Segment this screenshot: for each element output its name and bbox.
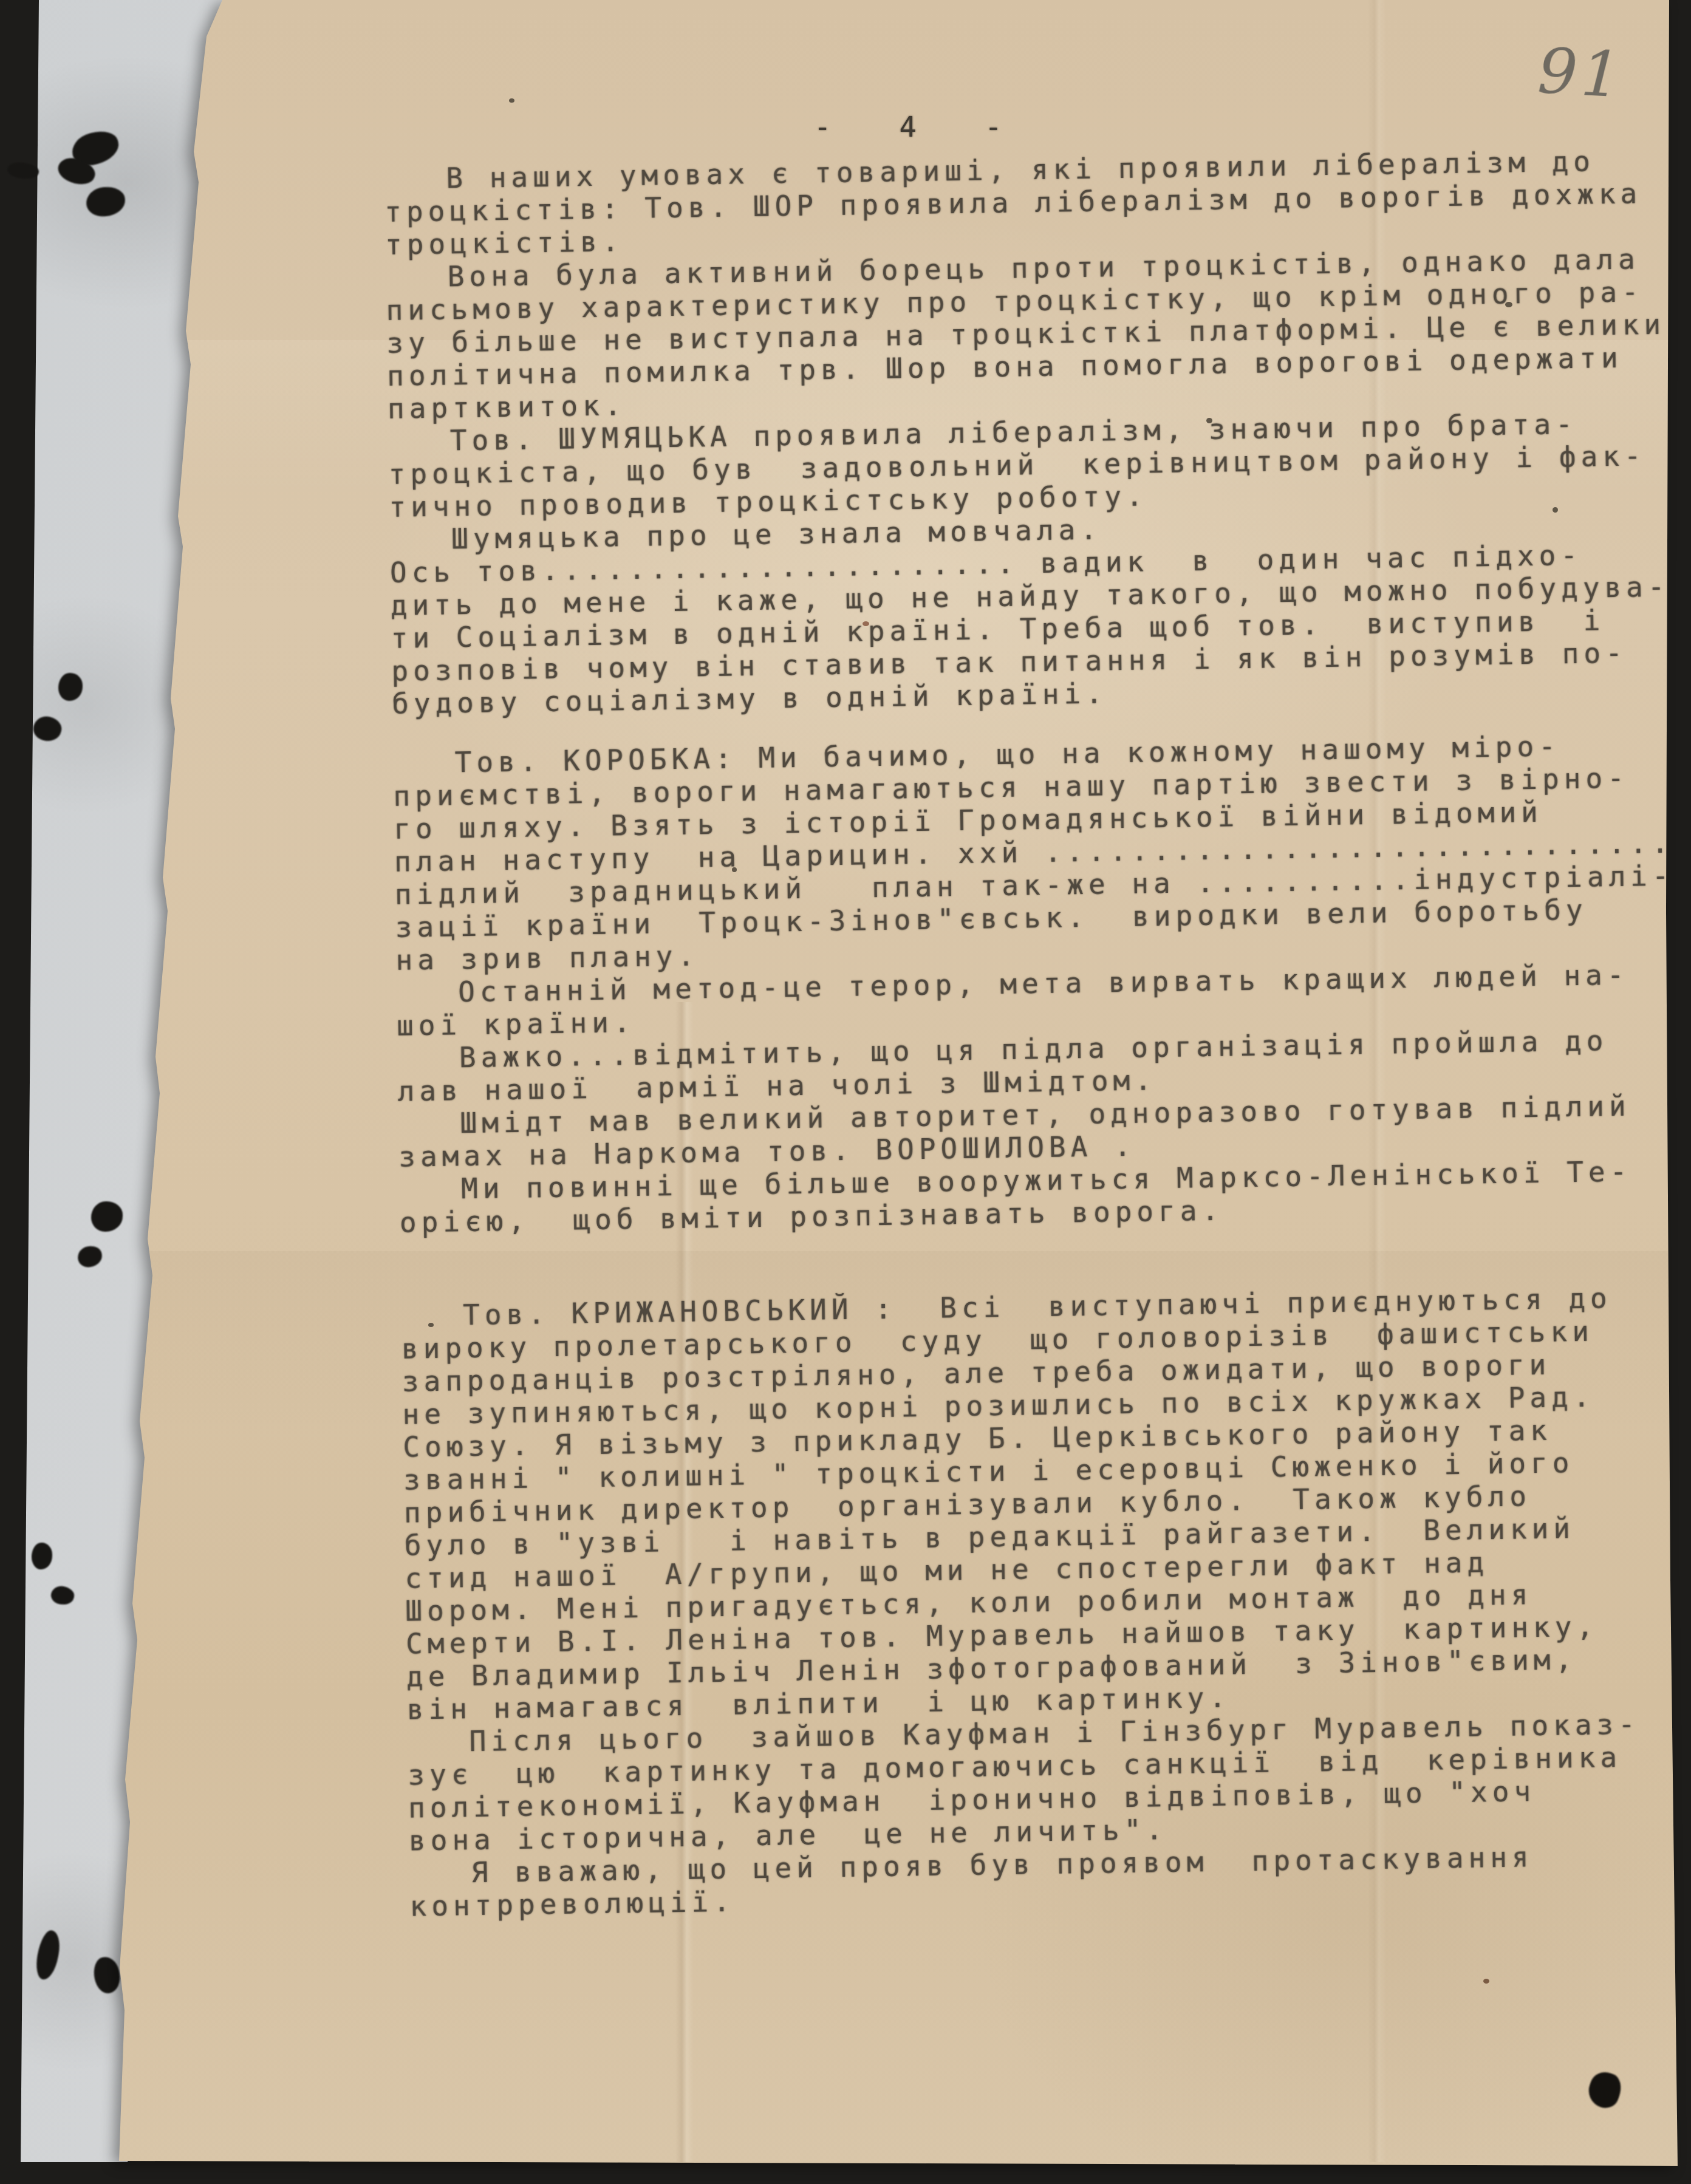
paper-speck — [1483, 1979, 1489, 1984]
paper-speck — [1553, 507, 1558, 513]
typewritten-text: В наших умовах є товариші, які проявили … — [384, 143, 1691, 1922]
ink-blot — [1584, 2068, 1626, 2112]
paper-speck — [863, 621, 869, 626]
paper-speck — [1505, 302, 1512, 307]
folio-number: 91 — [1536, 35, 1626, 112]
paper-speck — [428, 1323, 434, 1327]
paper-speck — [732, 867, 737, 872]
page-number: - 4 - — [814, 111, 1027, 144]
paper-speck — [1206, 418, 1212, 423]
document-page: 91 - 4 - В наших умовах є товариші, які … — [0, 0, 1691, 2184]
paper-speck — [509, 98, 514, 103]
page-wrapper: 91 - 4 - В наших умовах є товариші, які … — [0, 0, 1691, 2184]
document-scan: 91 - 4 - В наших умовах є товариші, які … — [0, 0, 1691, 2184]
